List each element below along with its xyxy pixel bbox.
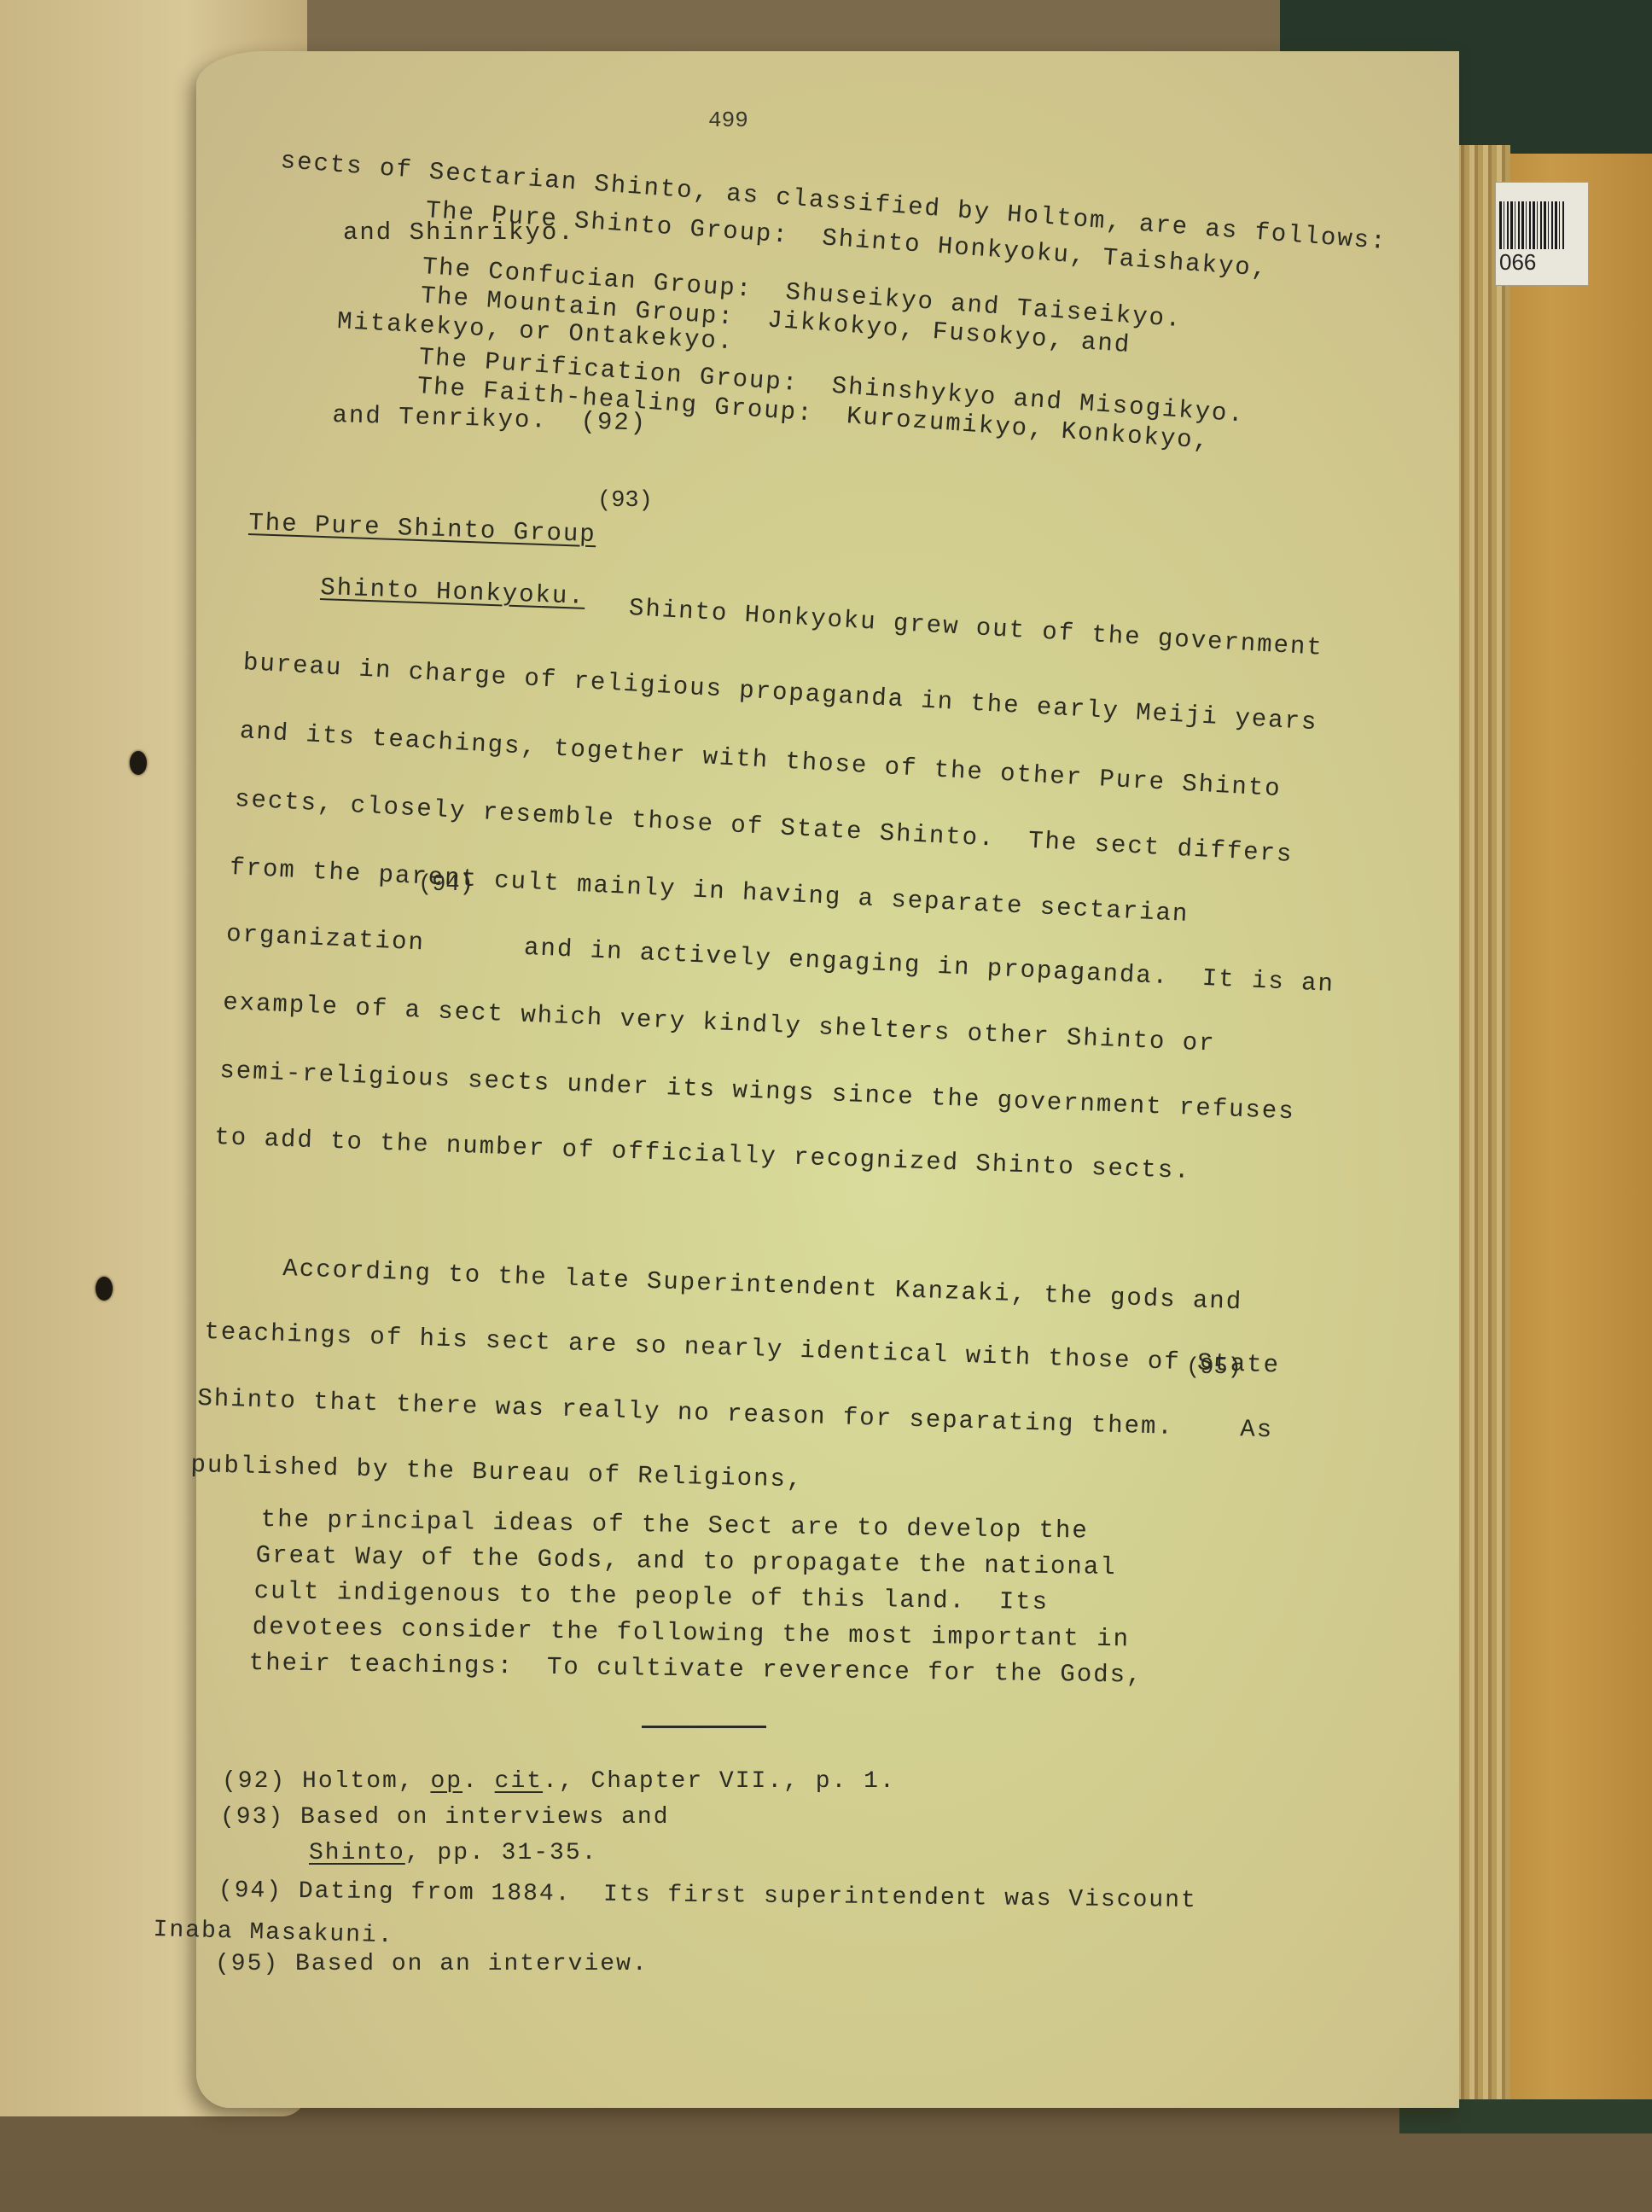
paragraph1-line: sects, closely resemble those of State S…: [234, 785, 1294, 869]
quote-line: Great Way of the Gods, and to propagate …: [256, 1541, 1117, 1581]
quote-line: devotees consider the following the most…: [253, 1613, 1131, 1653]
paragraph1-line: organization and in actively engaging in…: [226, 920, 1335, 998]
barcode-label: 066: [1495, 182, 1589, 286]
page-edges: [1451, 145, 1510, 2125]
section-heading: The Pure Shinto Group: [248, 509, 596, 549]
document-page: 499 sects of Sectarian Shinto, as classi…: [196, 51, 1459, 2108]
paragraph1-line: to add to the number of officially recog…: [214, 1123, 1191, 1185]
footnote-number: (94): [218, 1877, 283, 1905]
classification-pure-2: and Shinrikyo.: [343, 218, 575, 247]
paragraph2-line: Shinto that there was really no reason f…: [197, 1384, 1274, 1444]
paragraph2-line: teachings of his sect are so nearly iden…: [204, 1318, 1281, 1380]
footnote-93-cont: Shinto, pp. 31-35.: [309, 1840, 597, 1866]
page-number: 499: [708, 108, 748, 133]
subheading: Shinto Honkyoku.: [320, 573, 585, 611]
quote-line: cult indigenous to the people of this la…: [254, 1577, 1050, 1616]
footnote-92: (92) Holtom, op. cit., Chapter VII., p. …: [222, 1768, 896, 1795]
paragraph1-line: Shinto Honkyoku grew out of the governme…: [628, 594, 1323, 662]
footnote-number: (95): [215, 1951, 279, 1977]
footnote-94: (94) Dating from 1884. Its first superin…: [218, 1877, 1197, 1914]
footnote-divider: [642, 1726, 766, 1728]
paragraph1-line: semi-religious sects under its wings sin…: [219, 1057, 1296, 1126]
footnote-number: (93): [220, 1804, 284, 1831]
quote-line: their teachings: To cultivate reverence …: [249, 1649, 1143, 1690]
paragraph2-line: According to the late Superintendent Kan…: [282, 1254, 1243, 1316]
paragraph2-line: published by the Bureau of Religions,: [190, 1451, 803, 1494]
paragraph1-line: and its teachings, together with those o…: [239, 717, 1282, 803]
footnote-93: (93) Based on interviews and: [220, 1804, 670, 1831]
punch-hole: [96, 1277, 113, 1301]
quote-line: the principal ideas of the Sect are to d…: [261, 1505, 1090, 1545]
footnote-ref-95: (95): [1186, 1355, 1242, 1381]
barcode-icon: [1499, 201, 1564, 249]
punch-hole: [130, 751, 147, 775]
paragraph1-line: from the parent cult mainly in having a …: [229, 853, 1190, 928]
footnote-ref-93: (93): [597, 488, 653, 514]
footnote-95: (95) Based on an interview.: [215, 1951, 649, 1977]
paragraph1-line: bureau in charge of religious propaganda…: [242, 649, 1318, 736]
barcode-number: 066: [1499, 249, 1536, 276]
footnote-number: (92): [222, 1768, 286, 1795]
footnote-ref-94: (94): [418, 872, 474, 898]
paragraph1-line: example of a sect which very kindly shel…: [223, 988, 1217, 1058]
photo-scene: 066 499 sects of Sectarian Shinto, as cl…: [0, 0, 1652, 2212]
